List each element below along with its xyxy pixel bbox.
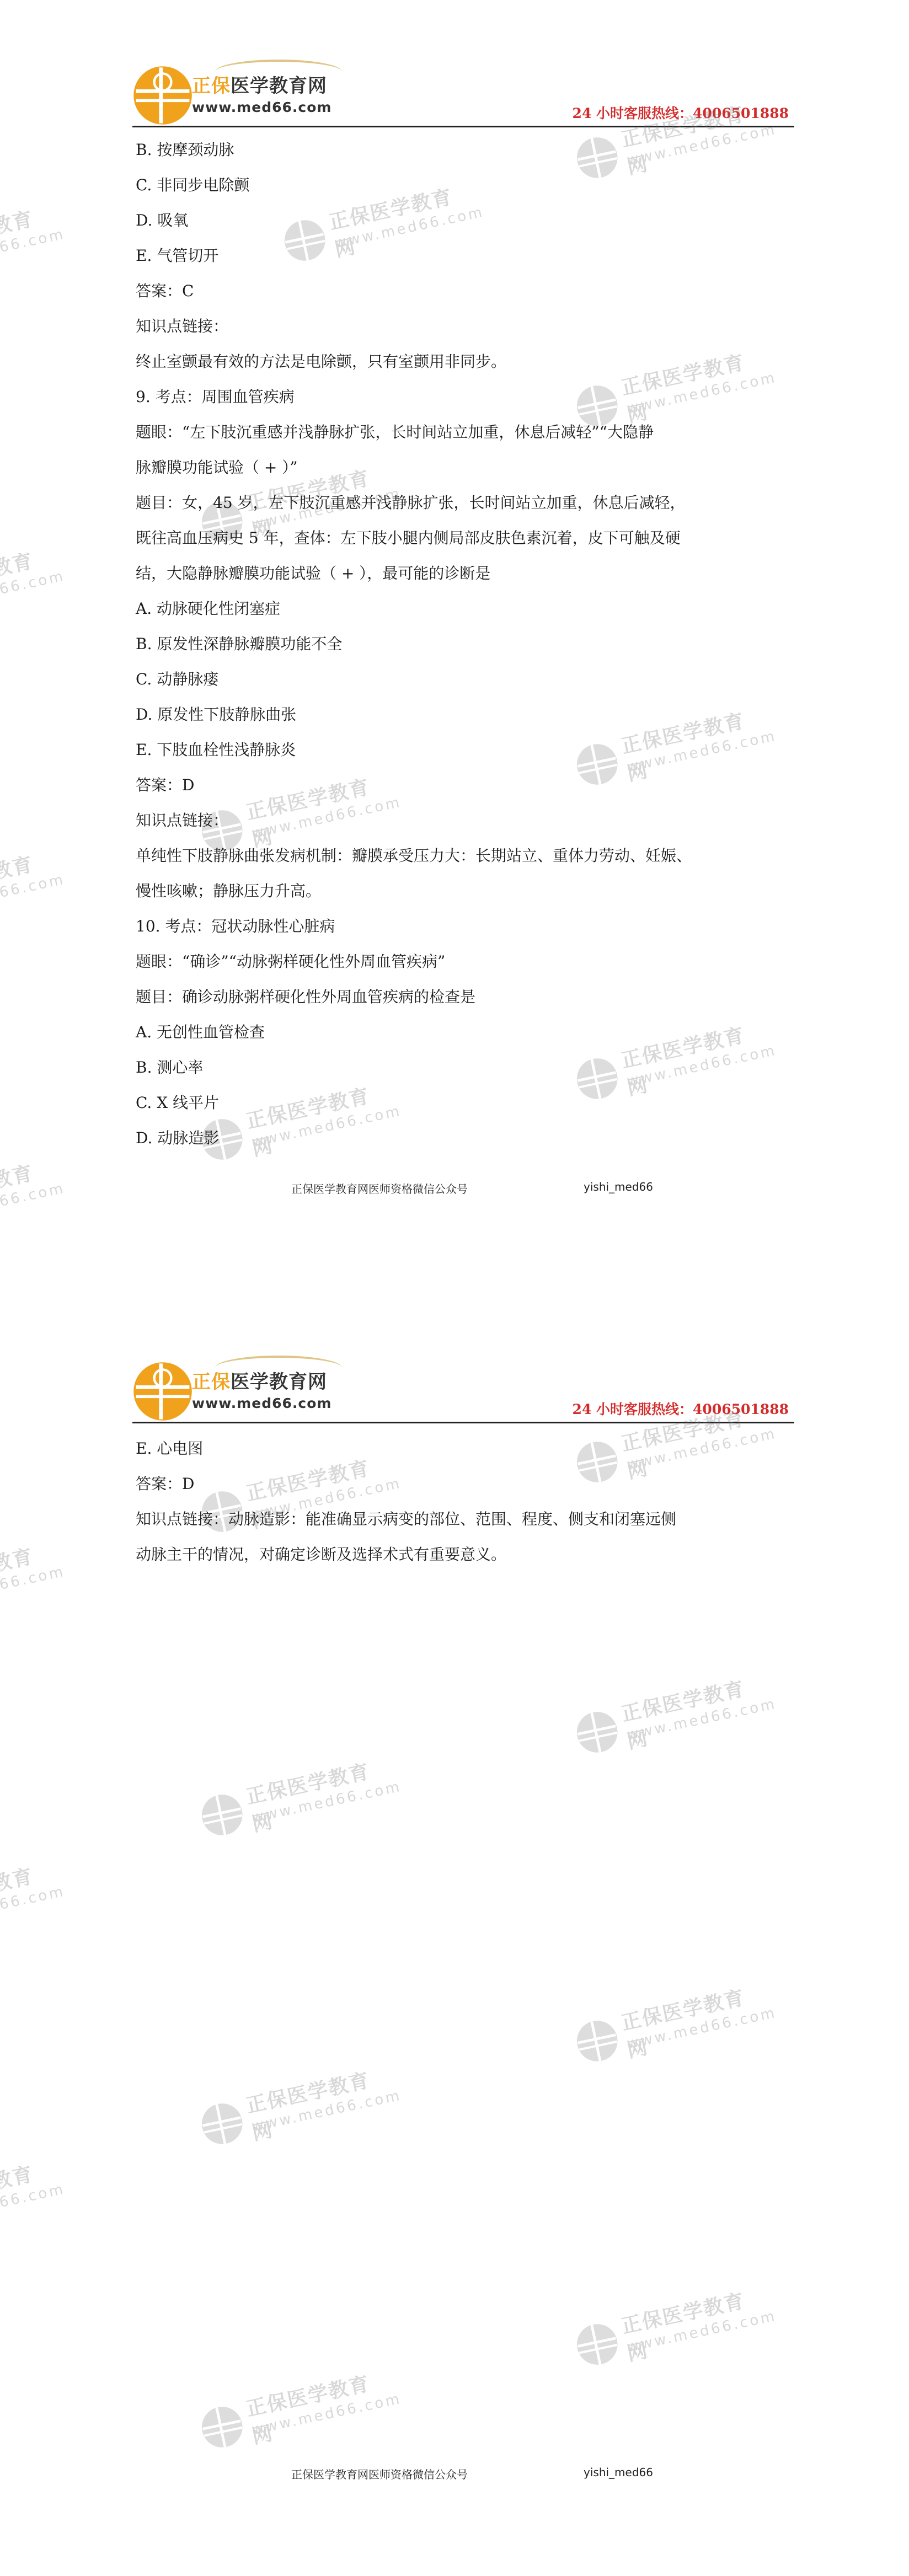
watermark-logo-icon [571,1706,623,1759]
watermark: 正保医学教育网 www.med66.com [0,1534,49,1637]
logo-brand: 正保 [192,75,231,97]
watermark-text: 正保医学教育网 [0,1860,48,1942]
question-9-option-b: B. 原发性深静脉瓣膜功能不全 [136,626,781,662]
logo-title: 正保医学教育网 [192,71,327,98]
question-9-option-c: C. 动静脉瘘 [136,662,781,697]
question-9-knowledge-text: 单纯性下肢静脉曲张发病机制：瓣膜承受压力大：长期站立、重体力劳动、妊娠、 [136,838,781,874]
watermark: 正保医学教育网 www.med66.com [0,1151,49,1254]
option-c: C. 非同步电除颤 [136,168,781,203]
question-10-knowledge-text-cont: 动脉主干的情况，对确定诊断及选择术式有重要意义。 [136,1537,781,1572]
watermark-text: 正保医学教育网 [618,1672,760,1755]
watermark: 正保医学教育网 www.med66.com [569,1975,761,2078]
watermark-text: 正保医学教育网 [0,202,48,285]
question-10-answer: 答案：D [136,1466,781,1502]
question-10-option-b: B. 测心率 [136,1050,781,1085]
watermark-text: 正保医学教育网 [0,1540,48,1622]
watermark-text: 正保医学教育网 [618,2284,760,2367]
option-b: B. 按摩颈动脉 [136,132,781,168]
question-10-option-d: D. 动脉造影 [136,1121,781,1156]
page-1-body: B. 按摩颈动脉 C. 非同步电除颤 D. 吸氧 E. 气管切开 答案：C 知识… [136,132,781,1156]
footer-wechat-label: 正保医学教育网医师资格微信公众号 [291,1180,468,1196]
option-e: E. 气管切开 [136,238,781,274]
watermark: 正保医学教育网 www.med66.com [569,1667,761,1769]
watermark-url: www.med66.com [0,568,67,616]
watermark-logo-icon [196,2401,248,2454]
page-2: 正保医学教育网 www.med66.com 24 小时客服热线：40065018… [0,1288,909,2576]
watermark-logo-icon [571,2015,623,2068]
hotline-text: 24 小时客服热线：4006501888 [573,103,789,122]
watermark-text: 正保医学教育网 [243,1755,384,1838]
question-9-option-d: D. 原发性下肢静脉曲张 [136,697,781,732]
header-divider [132,126,794,127]
watermark-url: www.med66.com [0,1883,67,1931]
question-9-stem: 题目：女，45 岁，左下肢沉重感并浅静脉扩张，长时间站立加重，休息后减轻， [136,485,781,521]
watermark: 正保医学教育网 www.med66.com [0,842,49,945]
question-10-knowledge-text: 知识点链接：动脉造影：能准确显示病变的部位、范围、程度、侧支和闭塞远侧 [136,1502,781,1537]
watermark-logo-icon [196,1789,248,1841]
footer-wechat-label: 正保医学教育网医师资格微信公众号 [291,2466,468,2482]
question-10-option-c: C. X 线平片 [136,1085,781,1121]
question-9-key-point: 题眼：“左下肢沉重感并浅静脉扩张，长时间站立加重，休息后减轻”“大隐静 [136,415,781,450]
watermark-text: 正保医学教育网 [0,2157,48,2240]
logo-url: www.med66.com [192,99,331,115]
watermark-url: www.med66.com [0,871,67,919]
watermark-url: www.med66.com [250,2391,403,2439]
watermark-text: 正保医学教育网 [0,1156,48,1239]
header-divider [132,1422,794,1423]
question-9-option-a: A. 动脉硬化性闭塞症 [136,591,781,626]
knowledge-link-label: 知识点链接： [136,309,781,344]
question-10-stem: 题目：确诊动脉粥样硬化性外周血管疾病的检查是 [136,979,781,1015]
med66-logo-icon [132,1361,193,1422]
page-header: 正保医学教育网 www.med66.com 24 小时客服热线：40065018… [132,1351,794,1423]
question-9-option-e: E. 下肢血栓性浅静脉炎 [136,732,781,768]
watermark: 正保医学教育网 www.med66.com [569,2279,761,2381]
watermark-url: www.med66.com [0,1563,67,1611]
knowledge-link-text: 终止室颤最有效的方法是电除颤，只有室颤用非同步。 [136,344,781,379]
watermark: 正保医学教育网 www.med66.com [0,539,49,641]
watermark: 正保医学教育网 www.med66.com [194,2361,386,2464]
watermark-text: 正保医学教育网 [0,544,48,627]
watermark-url: www.med66.com [250,2087,403,2135]
watermark: 正保医学教育网 www.med66.com [0,1854,49,1957]
watermark-logo-icon [571,2318,623,2371]
watermark-logo-icon [196,2098,248,2150]
footer-wechat-id: yishi_med66 [584,2466,653,2479]
watermark: 正保医学教育网 www.med66.com [0,2152,49,2254]
watermark: 正保医学教育网 www.med66.com [194,2058,386,2161]
question-9-stem-cont: 结，大隐静脉瓣膜功能试验（ + ），最可能的诊断是 [136,556,781,591]
watermark-url: www.med66.com [625,1696,778,1744]
logo-title: 正保医学教育网 [192,1367,327,1394]
page-header: 正保医学教育网 www.med66.com 24 小时客服热线：40065018… [132,55,794,127]
watermark-url: www.med66.com [625,2308,778,2356]
question-10-option-a: A. 无创性血管检查 [136,1015,781,1050]
watermark-url: www.med66.com [0,1180,67,1228]
question-9-knowledge-label: 知识点链接： [136,803,781,838]
watermark-url: www.med66.com [625,2005,778,2053]
med66-logo-icon [132,65,193,126]
hotline-text: 24 小时客服热线：4006501888 [573,1399,789,1418]
option-d: D. 吸氧 [136,203,781,238]
question-10-topic: 10. 考点：冠状动脉性心脏病 [136,909,781,944]
page-2-body: E. 心电图 答案：D 知识点链接：动脉造影：能准确显示病变的部位、范围、程度、… [136,1431,781,1572]
watermark-url: www.med66.com [0,226,67,274]
footer-wechat-id: yishi_med66 [584,1180,653,1193]
question-9-knowledge-text-cont: 慢性咳嗽；静脉压力升高。 [136,874,781,909]
answer: 答案：C [136,274,781,309]
question-9-topic: 9. 考点：周围血管疾病 [136,379,781,415]
watermark: 正保医学教育网 www.med66.com [194,1749,386,1852]
watermark-text: 正保医学教育网 [618,1981,760,2064]
watermark-url: www.med66.com [250,1779,403,1827]
logo-brand: 正保 [192,1371,231,1393]
logo-url: www.med66.com [192,1395,331,1411]
question-10-option-e: E. 心电图 [136,1431,781,1466]
logo-brand-rest: 医学教育网 [231,1371,327,1393]
watermark: 正保医学教育网 www.med66.com [0,197,49,299]
question-9-stem-cont: 既往高血压病史 5 年，查体：左下肢小腿内侧局部皮肤色素沉着，皮下可触及硬 [136,521,781,556]
question-9-key-point-cont: 脉瓣膜功能试验（ + ）” [136,450,781,485]
logo-brand-rest: 医学教育网 [231,75,327,97]
watermark-url: www.med66.com [0,2181,67,2229]
watermark-text: 正保医学教育网 [243,2367,384,2450]
question-9-answer: 答案：D [136,768,781,803]
watermark-text: 正保医学教育网 [0,848,48,930]
question-10-key-point: 题眼：“确诊”“动脉粥样硬化性外周血管疾病” [136,944,781,979]
watermark-text: 正保医学教育网 [243,2064,384,2146]
page-1: 正保医学教育网 www.med66.com 24 小时客服热线：40065018… [0,0,909,1288]
